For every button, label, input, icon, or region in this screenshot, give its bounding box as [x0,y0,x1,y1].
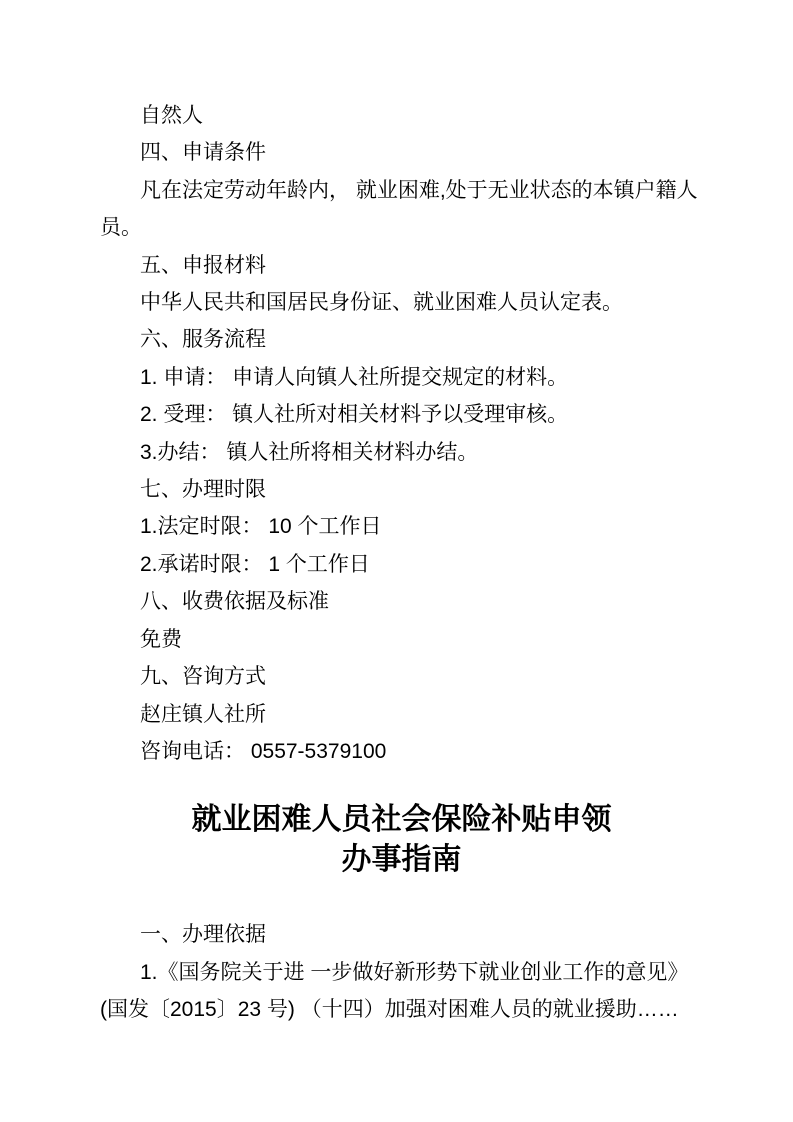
doc-line-process-step-3: 3.办结： 镇人社所将相关材料办结。 [100,434,703,471]
doc-line-statutory-time: 1.法定时限： 10 个工作日 [100,508,703,545]
doc-line-promised-time: 2.承诺时限： 1 个工作日 [100,546,703,583]
section-service-guide-details: 自然人 四、申请条件 凡在法定劳动年龄内， 就业困难,处于无业状态的本镇户籍人 … [100,97,703,770]
section-handling-basis: 一、办理依据 1.《国务院关于进 一步做好新形势下就业创业工作的意见》 (国发〔… [100,916,703,1028]
doc-line-conditions-text-2: 员。 [100,209,703,246]
doc-line-basis-text-2: (国发〔2015〕23 号) （十四）加强对困难人员的就业援助…… [100,991,703,1028]
doc-line-consultation-phone: 咨询电话： 0557-5379100 [100,733,703,770]
document-content: 自然人 四、申请条件 凡在法定劳动年龄内， 就业困难,处于无业状态的本镇户籍人 … [0,0,793,1029]
doc-heading-service-process: 六、服务流程 [100,321,703,358]
doc-line-basis-text-1: 1.《国务院关于进 一步做好新形势下就业创业工作的意见》 [100,954,703,991]
doc-line-applicant-type: 自然人 [100,97,703,134]
guide-title: 就业困难人员社会保险补贴申领 办事指南 [100,800,703,880]
doc-line-fee-free: 免费 [100,621,703,658]
doc-line-conditions-text-1: 凡在法定劳动年龄内， 就业困难,处于无业状态的本镇户籍人 [100,172,703,209]
guide-title-line-1: 就业困难人员社会保险补贴申领 [100,800,703,840]
doc-heading-handling-basis: 一、办理依据 [100,916,703,953]
doc-heading-processing-time: 七、办理时限 [100,471,703,508]
document-page: 自然人 四、申请条件 凡在法定劳动年龄内， 就业困难,处于无业状态的本镇户籍人 … [0,0,793,1122]
doc-line-process-step-1: 1. 申请： 申请人向镇人社所提交规定的材料。 [100,359,703,396]
doc-heading-consultation-method: 九、咨询方式 [100,658,703,695]
doc-heading-fee-basis: 八、收费依据及标准 [100,583,703,620]
doc-line-materials-text: 中华人民共和国居民身份证、就业困难人员认定表。 [100,284,703,321]
doc-heading-application-conditions: 四、申请条件 [100,134,703,171]
doc-heading-required-materials: 五、申报材料 [100,247,703,284]
guide-title-line-2: 办事指南 [100,840,703,880]
doc-line-agency-name: 赵庄镇人社所 [100,696,703,733]
doc-line-process-step-2: 2. 受理： 镇人社所对相关材料予以受理审核。 [100,396,703,433]
